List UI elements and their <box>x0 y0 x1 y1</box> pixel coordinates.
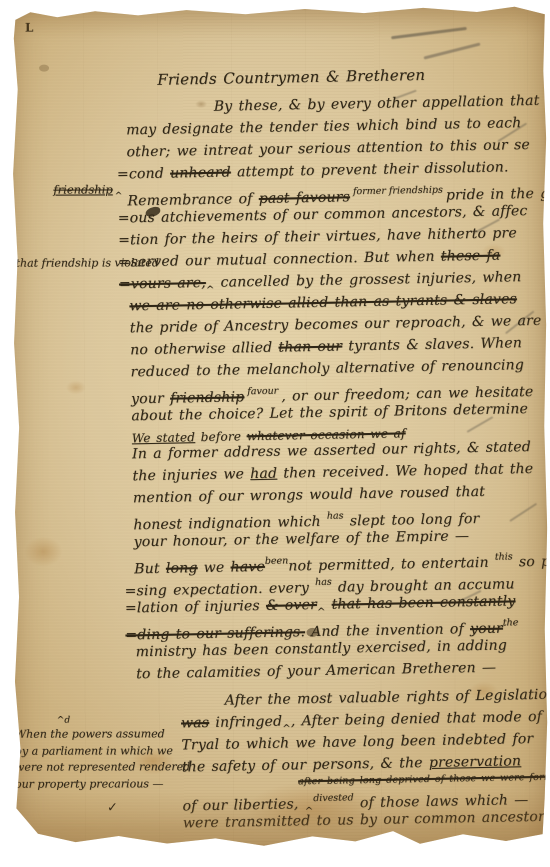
bleed-through-mark <box>391 27 467 39</box>
handwritten-text: no otherwise allied <box>130 340 279 359</box>
caret-mark: ^ <box>113 191 123 201</box>
stain <box>39 65 49 72</box>
margin-note-text: friendship <box>53 182 112 196</box>
handwritten-text: so plea <box>513 553 550 570</box>
handwritten-text: were transmitted to us by our common anc… <box>183 809 550 832</box>
handwritten-text: the injuries we <box>132 466 250 484</box>
handwritten-text: =ous atchievements of our common ancesto… <box>118 203 528 227</box>
handwritten-text: Tryal to which we have long been indebte… <box>181 731 533 753</box>
handwritten-text: the pride of Ancestry becomes our reproa… <box>130 313 542 337</box>
stain <box>66 381 86 395</box>
struck-text: was <box>181 715 209 732</box>
checkmark: ✓ <box>107 800 118 815</box>
struck-text: that has been constantly <box>331 593 515 612</box>
manuscript-line: Friends Countrymen & Bretheren <box>125 63 541 93</box>
manuscript-lines: Friends Countrymen & BretherenBy these, … <box>125 63 550 836</box>
handwritten-text: the safety of our persons, & the <box>182 755 429 776</box>
inserted-text: has <box>315 577 332 588</box>
handwritten-text: your honour, or the welfare of the Empir… <box>134 528 470 550</box>
handwritten-text: =served our mutual connection. But when <box>118 249 441 271</box>
handwritten-text: attempt to prevent their dissolution. <box>231 159 509 180</box>
inserted-text: divested <box>313 792 354 804</box>
handwritten-text: After the most valuable rights of Legisl… <box>224 687 550 709</box>
handwritten-text: to the calamities of your American Breth… <box>136 660 496 683</box>
struck-text: than our <box>278 338 342 355</box>
inserted-text: favour <box>244 386 281 398</box>
document-scan: L friendship^ that friendship is violate… <box>0 0 550 867</box>
handwritten-text: By these, & by every other appellation t… <box>214 93 540 115</box>
handwritten-text: about the choice? Let the spirit of Brit… <box>131 401 528 424</box>
handwritten-text: In a former address we asserted our righ… <box>132 439 531 462</box>
handwritten-text: ministry has been constantly exercised, … <box>136 638 508 661</box>
inserted-text: been <box>265 555 289 566</box>
struck-text: we are no otherwise allied than as tyran… <box>129 291 517 314</box>
handwritten-text: then received. We hoped that the <box>277 461 533 482</box>
margin-note-friendship: friendship^ <box>53 182 122 201</box>
inserted-text: former friendships <box>350 185 446 198</box>
handwritten-text: =cond <box>117 166 170 183</box>
struck-text: =vours are, <box>119 275 206 293</box>
page-number-mark: L <box>25 21 33 35</box>
manuscript-page: L friendship^ that friendship is violate… <box>9 3 549 850</box>
inserted-text: the <box>503 617 519 628</box>
stain <box>24 537 62 567</box>
handwritten-text: tyrants & slaves. When <box>342 335 522 354</box>
inserted-text: this <box>495 551 513 562</box>
handwritten-text: =lation of injuries <box>125 598 266 617</box>
handwritten-text: cancelled by the grossest injuries, when <box>214 269 521 291</box>
handwritten-text: infringed <box>209 714 282 731</box>
struck-text: unheard <box>170 164 231 181</box>
handwritten-text: Friends Countrymen & Bretheren <box>157 66 425 89</box>
handwritten-text: reduced to the melancholy alternative of… <box>130 357 524 380</box>
bleed-through-mark <box>424 43 481 60</box>
inserted-text: has <box>327 510 344 521</box>
handwritten-text: =tion for the heirs of their virtues, ha… <box>118 225 517 248</box>
handwritten-text: other; we intreat your serious attention… <box>126 137 530 160</box>
insertion-mark: ^d <box>57 716 70 726</box>
struck-text: & over <box>266 597 317 614</box>
handwritten-text: , After being denied that mode of <box>291 709 543 730</box>
underlined-text: had <box>250 466 277 482</box>
underlined-text: preservation <box>429 753 522 771</box>
handwritten-text: mention of our wrongs would have roused … <box>133 484 485 506</box>
handwritten-text: may designate the tender ties which bind… <box>126 115 522 138</box>
struck-text: these fa <box>441 248 501 265</box>
